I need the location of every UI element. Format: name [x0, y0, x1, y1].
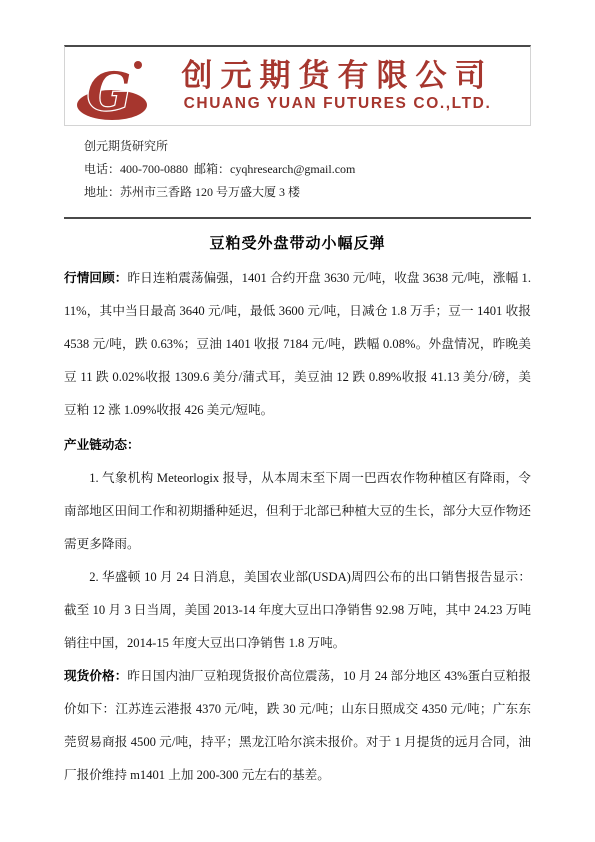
brand-text-block: 创元期货有限公司 CHUANG YUAN FUTURES CO.,LTD. — [159, 60, 522, 112]
phone-label: 电话： — [84, 162, 120, 176]
email-label: 邮箱： — [194, 162, 230, 176]
phone-number: 400-700-0880 — [120, 162, 188, 176]
spot-price-label: 现货价格： — [64, 669, 127, 683]
market-review-text: 昨日连粕震荡偏强，1401 合约开盘 3630 元/吨，收盘 3638 元/吨，… — [64, 271, 531, 417]
department-name: 创元期货研究所 — [84, 135, 531, 158]
phone-email-line: 电话：400-700-0880邮箱：cyqhresearch@gmail.com — [84, 158, 531, 181]
spot-price-paragraph: 现货价格：昨日国内油厂豆粕现货报价高位震荡，10 月 24 部分地区 43%蛋白… — [64, 660, 531, 792]
market-review-paragraph: 行情回顾：昨日连粕震荡偏强，1401 合约开盘 3630 元/吨，收盘 3638… — [64, 262, 531, 427]
market-review-label: 行情回顾： — [64, 271, 127, 285]
address-value: 苏州市三香路 120 号万盛大厦 3 楼 — [120, 185, 300, 199]
email-address: cyqhresearch@gmail.com — [230, 162, 355, 176]
address-label: 地址： — [84, 185, 120, 199]
company-name-en: CHUANG YUAN FUTURES CO.,LTD. — [159, 96, 516, 112]
company-name-cn: 创元期货有限公司 — [159, 60, 516, 93]
industry-chain-heading: 产业链动态： — [64, 429, 531, 462]
industry-chain-item-2: 2. 华盛顿 10 月 24 日消息，美国农业部(USDA)周四公布的出口销售报… — [64, 561, 531, 660]
spot-price-text: 昨日国内油厂豆粕现货报价高位震荡，10 月 24 部分地区 43%蛋白豆粕报价如… — [64, 669, 531, 782]
company-logo-icon: G — [75, 52, 153, 127]
separator-rule — [64, 217, 531, 219]
contact-block: 创元期货研究所 电话：400-700-0880邮箱：cyqhresearch@g… — [84, 135, 531, 204]
company-header: G 创元期货有限公司 CHUANG YUAN FUTURES CO.,LTD. — [64, 45, 531, 126]
address-line: 地址：苏州市三香路 120 号万盛大厦 3 楼 — [84, 181, 531, 204]
svg-text:G: G — [87, 62, 131, 122]
report-title: 豆粕受外盘带动小幅反弹 — [64, 232, 531, 253]
report-page: G 创元期货有限公司 CHUANG YUAN FUTURES CO.,LTD. … — [0, 0, 595, 842]
industry-chain-item-1: 1. 气象机构 Meteorlogix 报导，从本周末至下周一巴西农作物种植区有… — [64, 462, 531, 561]
